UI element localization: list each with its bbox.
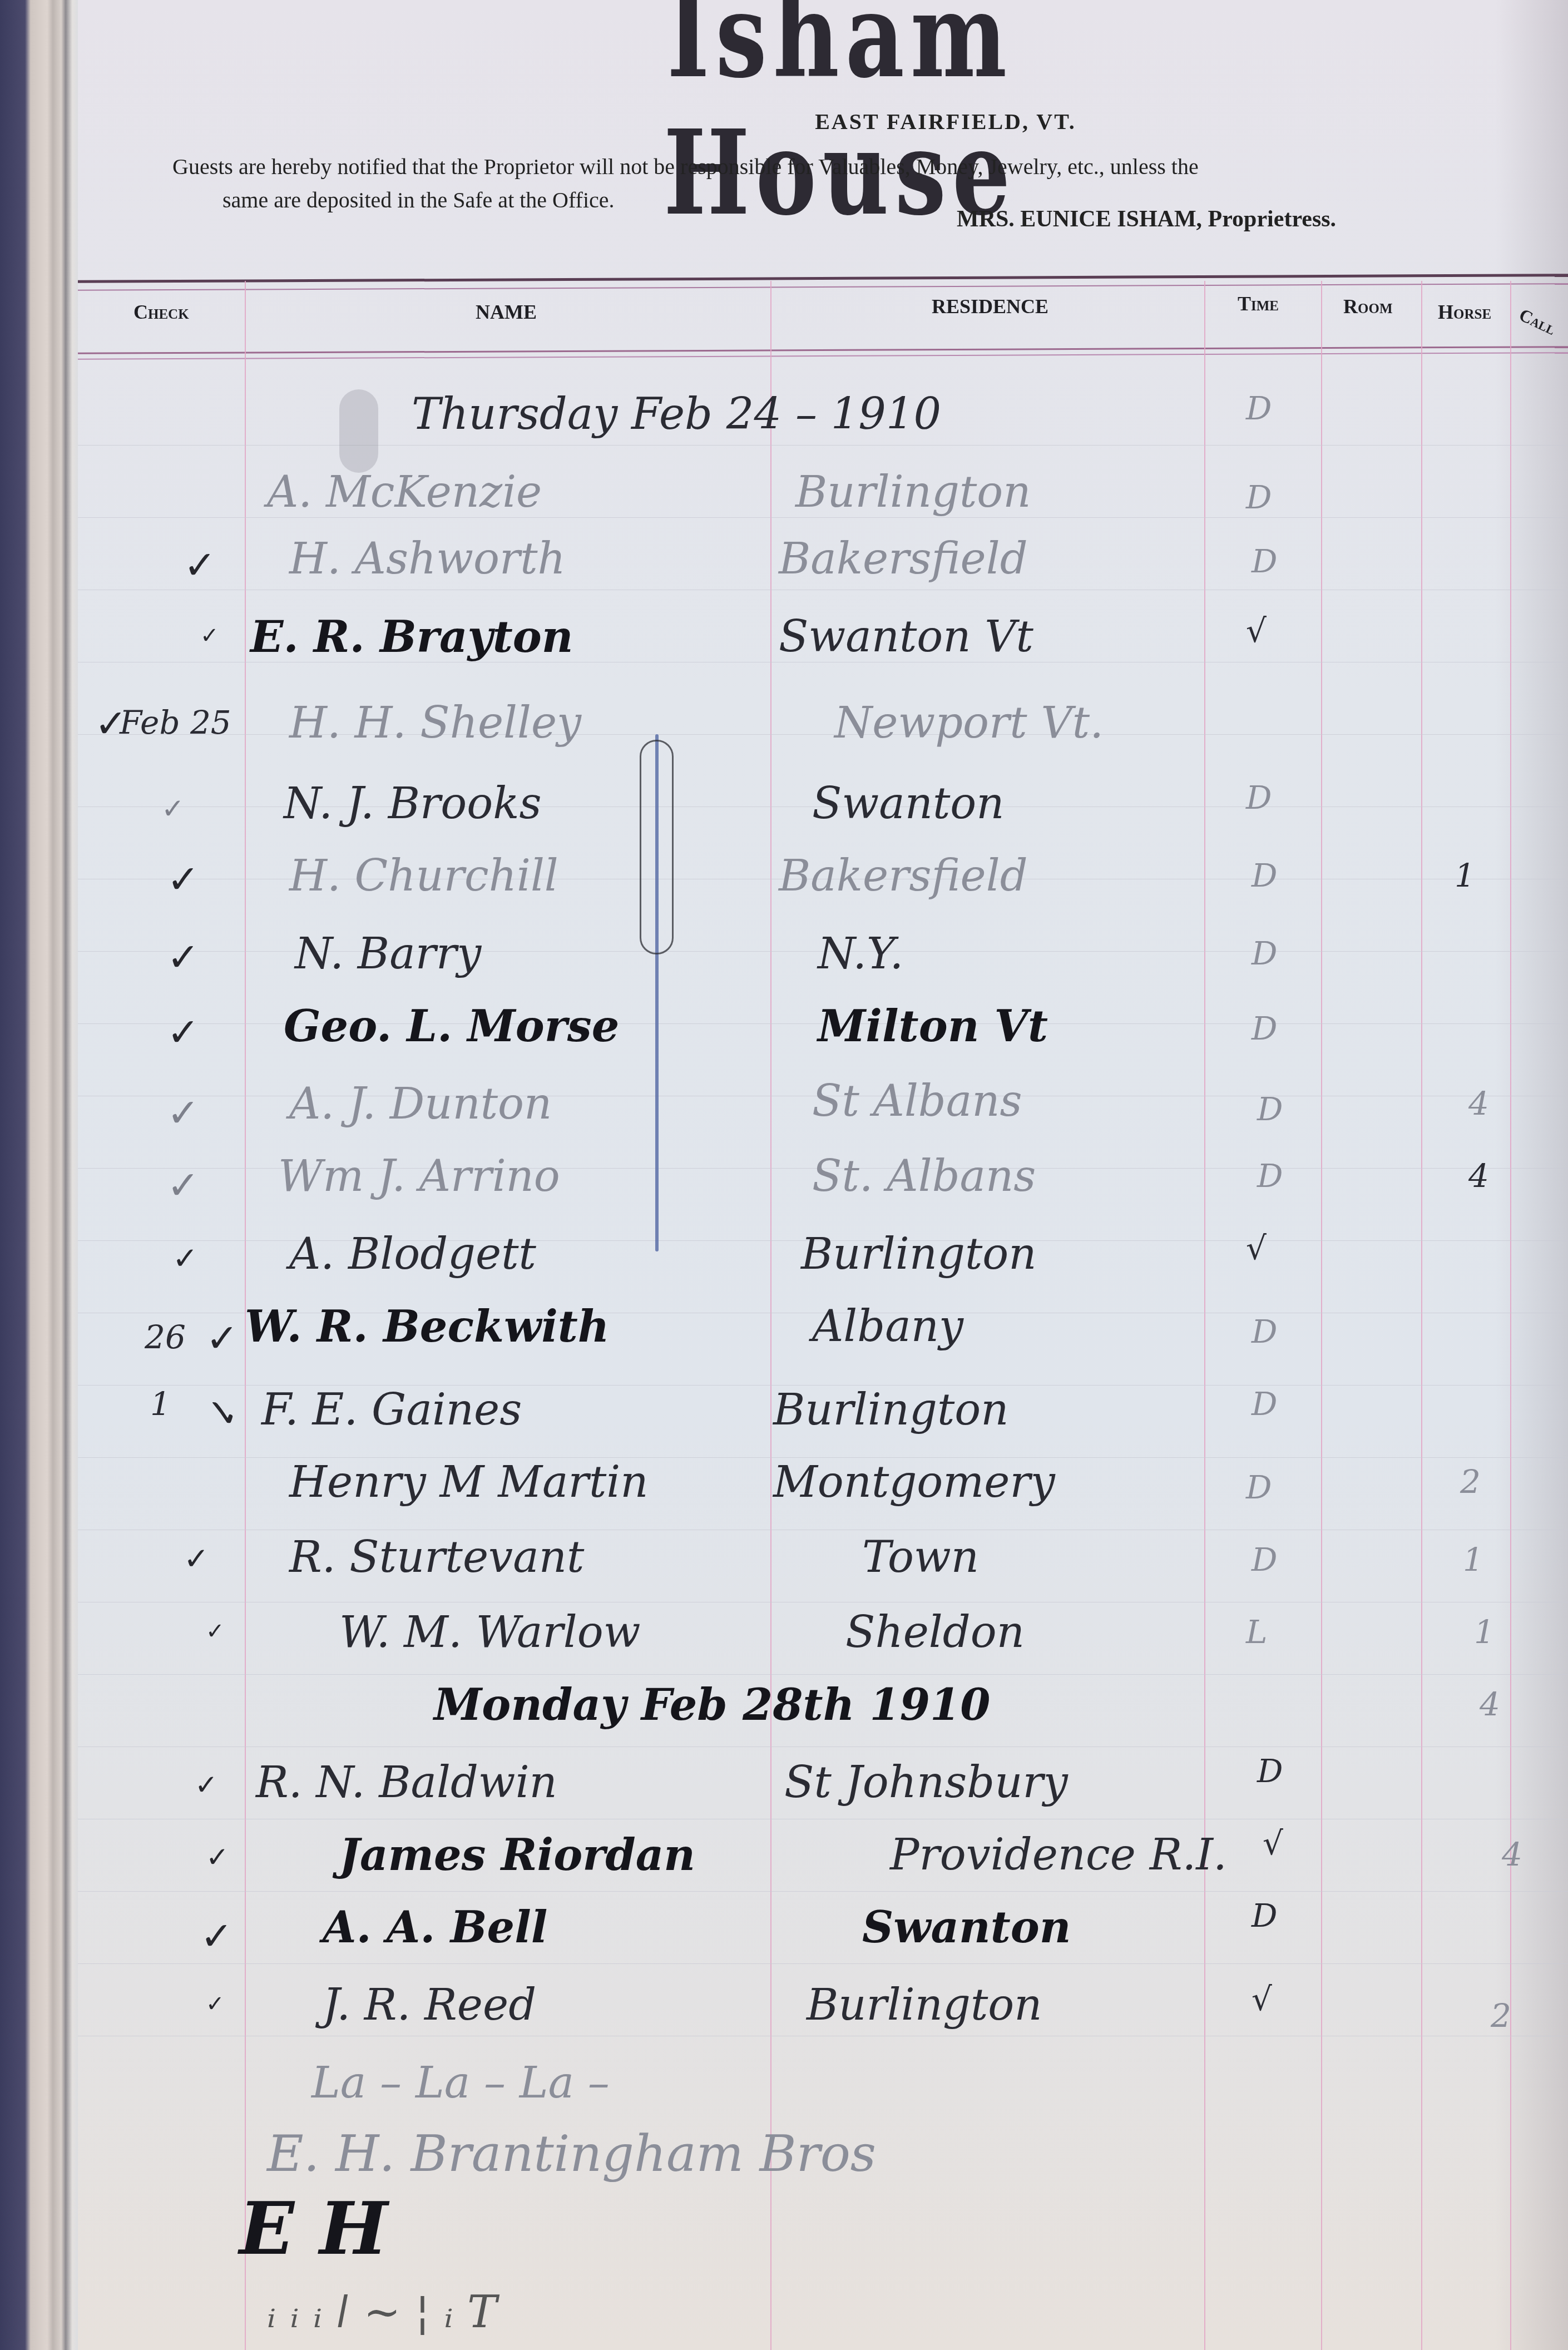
guest-name: J. R. Reed [323,1980,536,2030]
guest-residence: Town [862,1532,979,1582]
guest-residence: St Albans [812,1076,1022,1126]
check-mark: ✓ [195,1769,218,1801]
date-heading: Thursday Feb 24 – 1910 [412,389,941,439]
guest-residence: N.Y. [818,929,903,979]
guest-name: H. H. Shelley [289,698,581,748]
check-mark: ✓ [206,1619,225,1644]
guest-residence: Bakersfield [779,851,1028,901]
time-mark: D [1257,1090,1283,1128]
guest-name: H. Ashworth [289,534,566,584]
check-mark: ✓ [161,793,185,825]
check-mark: ✓ [167,857,200,902]
check-mark: ✓ [167,934,200,980]
row-rule [78,1747,1568,1747]
horse-count: 4 [1480,1685,1500,1723]
column-header-horse: Horse [1438,300,1491,324]
row-rule [78,1530,1568,1530]
margin-date-note: 26 [145,1318,186,1356]
guest-residence: Montgomery [773,1457,1055,1507]
time-mark: D [1246,779,1272,817]
horse-count: 4 [1502,1836,1522,1873]
guest-name: W. R. Beckwith [245,1302,610,1352]
check-mark: ✓ [200,1913,233,1959]
check-mark: ✓ [200,623,219,649]
check-mark: ✓ [184,1541,209,1576]
row-rule [78,1891,1568,1892]
guest-residence: Burlington [773,1385,1008,1435]
guest-residence: Bakersfield [779,534,1028,584]
check-mark: ✓ [206,1391,239,1436]
guest-residence: Swanton [812,779,1004,829]
guest-residence: Albany [812,1302,963,1352]
row-rule [78,517,1568,518]
guest-name: R. N. Baldwin [256,1758,557,1808]
row-rule [78,445,1568,446]
row-rule [78,2036,1568,2036]
check-mark: ✓ [167,1090,200,1136]
time-mark: D [1252,1541,1278,1579]
guest-name: A. J. Dunton [289,1079,552,1129]
check-mark: ✓ [167,1162,200,1208]
row-rule [78,1674,1568,1675]
time-mark: D [1246,389,1272,427]
horse-count: 1 [1463,1541,1483,1579]
guest-name: F. E. Gaines [261,1385,522,1435]
ink-loop-mark [640,740,674,954]
check-mark: ✓ [206,1841,229,1873]
hotel-location: EAST FAIRFIELD, VT. [667,108,1224,135]
ink-smudge [339,389,378,473]
time-mark: √ [1246,612,1267,650]
guest-name: E. R. Brayton [250,612,573,662]
guest-residence: Burlington [795,467,1031,517]
time-mark: D [1252,1897,1278,1935]
guest-name: N. J. Brooks [284,779,541,829]
check-mark: ✓ [206,1991,225,2017]
column-divider-horse [1510,281,1511,2350]
date-heading: Monday Feb 28th 1910 [434,1680,991,1730]
guest-residence: Swanton Vt [779,612,1033,662]
column-divider-name [770,281,771,2350]
guest-name: H. Churchill [289,851,558,901]
row-rule [78,1963,1568,1964]
guest-residence: St Johnsbury [784,1758,1068,1808]
book-binding [0,0,78,2350]
guest-name: James Riordan [339,1830,695,1881]
guest-residence: St. Albans [812,1151,1036,1201]
guest-residence: Newport Vt. [834,698,1104,748]
column-divider-residence [1204,281,1205,2350]
guest-residence: Sheldon [845,1607,1025,1658]
guest-residence: Swanton [862,1902,1071,1953]
time-mark: D [1252,1313,1278,1350]
time-mark: √ [1246,1229,1267,1267]
column-header-room: Room [1343,295,1393,318]
column-header-check: Check [133,300,189,324]
la-la-la-scribble: La – La – La – [311,2058,610,2108]
horse-count: 2 [1491,1997,1511,2035]
notice-line-1: Guests are hereby notified that the Prop… [172,154,1199,179]
time-mark: D [1257,1157,1283,1195]
guest-name: A. McKenzie [267,467,542,517]
time-mark: D [1257,1752,1283,1790]
check-mark: ✓ [172,1240,198,1276]
horse-count: 1 [1474,1613,1495,1651]
large-initials-scrawl: E H [239,2186,388,2271]
time-mark: L [1246,1613,1268,1651]
horse-count: 4 [1468,1085,1489,1122]
check-mark: ✓ [184,542,216,588]
guest-name: Geo. L. Morse [284,1001,619,1052]
horse-count: 4 [1468,1157,1489,1195]
guest-name: A. A. Bell [323,1902,547,1953]
time-mark: √ [1263,1824,1283,1862]
column-header-residence: RESIDENCE [932,295,1048,318]
horse-count: 2 [1460,1463,1481,1501]
guest-name: A. Blodgett [289,1229,536,1279]
time-mark: D [1246,1468,1272,1506]
margin-note: 1 [150,1385,171,1423]
column-divider-room [1421,281,1422,2350]
time-mark: D [1246,478,1272,516]
guest-name: R. Sturtevant [289,1532,584,1582]
column-header-time: Time [1238,292,1279,315]
horse-count: 1 [1455,857,1475,894]
time-mark: D [1252,1010,1278,1047]
guest-residence: Burlington [807,1980,1042,2030]
margin-date-note: Feb 25 [120,704,231,741]
time-mark: √ [1252,1980,1272,2018]
guest-name: N. Barry [295,929,481,979]
check-mark: ✓ [206,1315,239,1361]
column-divider-time [1321,281,1322,2350]
guest-residence: Milton Vt [818,1001,1048,1052]
row-rule [78,1819,1568,1819]
guest-name: W. M. Warlow [339,1607,640,1658]
guest-name: Wm J. Arrino [278,1151,560,1201]
proprietress-name: MRS. EUNICE ISHAM, Proprietress. [957,206,1336,232]
time-mark: D [1252,542,1278,580]
faded-signature: E. H. Brantingham Bros [267,2125,876,2183]
guest-name: Henry M Martin [289,1457,648,1507]
row-rule [78,1602,1568,1602]
bottom-ink-marks: ᵢ ᵢ ᵢ ǀ ~ ¦ ᵢ T [267,2286,497,2338]
row-rule [78,590,1568,590]
time-mark: D [1252,934,1278,972]
guest-residence: Burlington [801,1229,1036,1279]
guest-residence: Providence R.I. [890,1830,1227,1880]
check-mark: ✓ [167,1010,200,1055]
column-header-name: NAME [476,300,537,324]
time-mark: D [1252,857,1278,894]
time-mark: D [1252,1385,1278,1423]
